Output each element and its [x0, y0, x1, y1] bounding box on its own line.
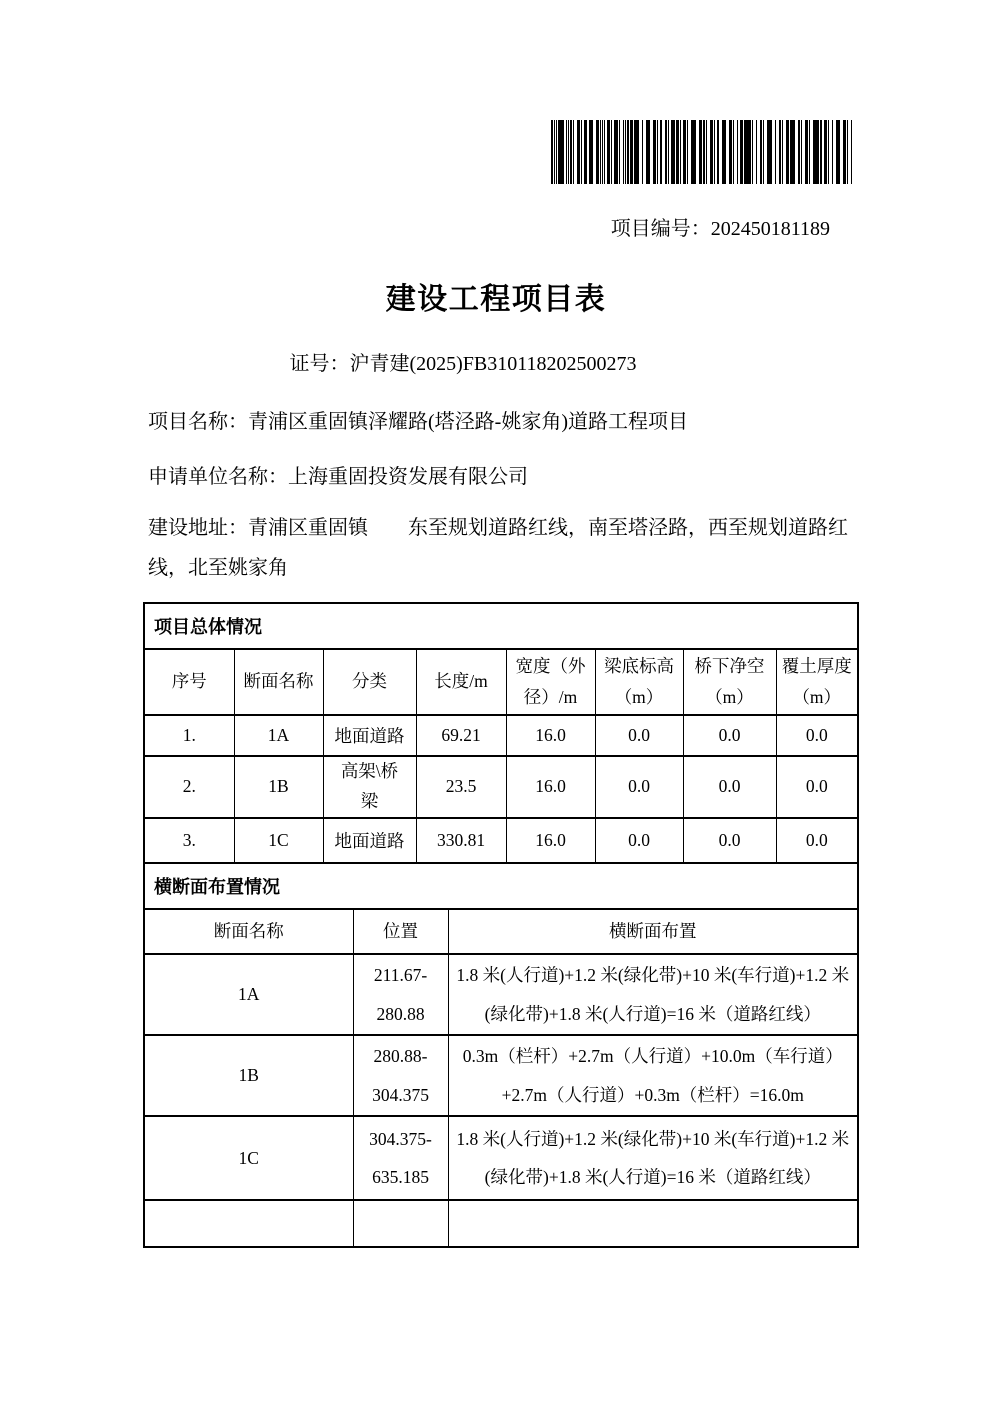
table-row: 1A 211.67-280.88 1.8 米(人行道)+1.2 米(绿化带)+1…	[144, 954, 858, 1035]
table-cell: 16.0	[506, 818, 595, 863]
table-cell: 1A	[234, 715, 323, 756]
table-cell: 16.0	[506, 756, 595, 818]
table-cell: 23.5	[416, 756, 506, 818]
table-cell: 211.67-280.88	[353, 954, 448, 1035]
column-header: 长度/m	[416, 649, 506, 715]
table-cell: 69.21	[416, 715, 506, 756]
table-cell: 3.	[144, 818, 234, 863]
barcode-icon	[551, 120, 852, 184]
column-header: 断面名称	[234, 649, 323, 715]
table-cell: 0.0	[683, 756, 776, 818]
field-value: 青浦区重固镇泽耀路(塔泾路-姚家角)道路工程项目	[248, 411, 688, 433]
section-header-row: 项目总体情况	[144, 603, 858, 649]
table-cell: 0.3m（栏杆）+2.7m（人行道）+10.0m（车行道）+2.7m（人行道）+…	[448, 1035, 858, 1116]
column-header: 位置	[353, 909, 448, 954]
table-cell: 330.81	[416, 818, 506, 863]
table-cell: 0.0	[683, 715, 776, 756]
table-row	[144, 1200, 858, 1247]
column-header: 宽度（外径）/m	[506, 649, 595, 715]
field-label: 建设地址：	[148, 517, 248, 539]
field-value: 青浦区重固镇 东至规划道路红线，南至塔泾路，西至规划道路红线，北至姚家角	[148, 517, 848, 579]
table-cell: 1B	[144, 1035, 353, 1116]
column-header: 覆土厚度（m）	[776, 649, 858, 715]
section-title: 项目总体情况	[144, 603, 858, 649]
table-cell: 2.	[144, 756, 234, 818]
table-cell: 280.88-304.375	[353, 1035, 448, 1116]
table-cell: 地面道路	[323, 715, 416, 756]
table-cell: 1B	[234, 756, 323, 818]
table-cell: 1C	[234, 818, 323, 863]
column-header-row: 序号 断面名称 分类 长度/m 宽度（外径）/m 梁底标高（m） 桥下净空（m）…	[144, 649, 858, 715]
field-address: 建设地址：青浦区重固镇 东至规划道路红线，南至塔泾路，西至规划道路红线，北至姚家…	[148, 508, 856, 588]
table-cell: 0.0	[776, 715, 858, 756]
table-cell	[448, 1200, 858, 1247]
table-cell: 1.8 米(人行道)+1.2 米(绿化带)+10 米(车行道)+1.2 米(绿化…	[448, 954, 858, 1035]
table-cell-text: 高架\桥梁	[335, 757, 405, 817]
table-cell: 16.0	[506, 715, 595, 756]
table-row: 2. 1B 高架\桥梁 23.5 16.0 0.0 0.0 0.0	[144, 756, 858, 818]
field-label: 申请单位名称：	[148, 466, 288, 488]
table-cell: 0.0	[595, 818, 683, 863]
field-applicant: 申请单位名称：上海重固投资发展有限公司	[148, 460, 528, 489]
table-row: 1C 304.375-635.185 1.8 米(人行道)+1.2 米(绿化带)…	[144, 1116, 858, 1200]
document-page: 项目编号：202450181189 建设工程项目表 证号：沪青建(2025)FB…	[0, 0, 992, 1403]
table-row: 3. 1C 地面道路 330.81 16.0 0.0 0.0 0.0	[144, 818, 858, 863]
field-value: 上海重固投资发展有限公司	[288, 466, 528, 488]
table-row: 1B 280.88-304.375 0.3m（栏杆）+2.7m（人行道）+10.…	[144, 1035, 858, 1116]
column-header: 序号	[144, 649, 234, 715]
section-title: 横断面布置情况	[144, 863, 858, 909]
field-project-name: 项目名称：青浦区重固镇泽耀路(塔泾路-姚家角)道路工程项目	[148, 405, 688, 434]
section-header-row: 横断面布置情况	[144, 863, 858, 909]
project-number: 项目编号：202450181189	[611, 212, 830, 241]
table-cell: 1.8 米(人行道)+1.2 米(绿化带)+10 米(车行道)+1.2 米(绿化…	[448, 1116, 858, 1200]
column-header: 分类	[323, 649, 416, 715]
column-header: 桥下净空（m）	[683, 649, 776, 715]
table-cell: 0.0	[776, 818, 858, 863]
table-cell: 304.375-635.185	[353, 1116, 448, 1200]
column-header-row: 断面名称 位置 横断面布置	[144, 909, 858, 954]
table-cell: 0.0	[683, 818, 776, 863]
table-cell: 1.	[144, 715, 234, 756]
table-cell: 1A	[144, 954, 353, 1035]
certificate-number: 证号：沪青建(2025)FB310118202500273	[0, 347, 992, 376]
table-row: 1. 1A 地面道路 69.21 16.0 0.0 0.0 0.0	[144, 715, 858, 756]
tables-area: 项目总体情况 序号 断面名称 分类 长度/m 宽度（外径）/m 梁底标高（m） …	[143, 602, 857, 1248]
table-cell: 高架\桥梁	[323, 756, 416, 818]
table-cell: 1C	[144, 1116, 353, 1200]
column-header: 横断面布置	[448, 909, 858, 954]
cross-section-table: 横断面布置情况 断面名称 位置 横断面布置 1A 211.67-280.88 1…	[143, 862, 859, 1248]
table-cell: 0.0	[595, 756, 683, 818]
column-header: 断面名称	[144, 909, 353, 954]
table-cell: 0.0	[595, 715, 683, 756]
table-cell	[353, 1200, 448, 1247]
column-header: 梁底标高（m）	[595, 649, 683, 715]
table-cell: 地面道路	[323, 818, 416, 863]
table-cell	[144, 1200, 353, 1247]
page-title: 建设工程项目表	[0, 274, 992, 318]
table-cell: 0.0	[776, 756, 858, 818]
overview-table: 项目总体情况 序号 断面名称 分类 长度/m 宽度（外径）/m 梁底标高（m） …	[143, 602, 859, 864]
field-label: 项目名称：	[148, 411, 248, 433]
